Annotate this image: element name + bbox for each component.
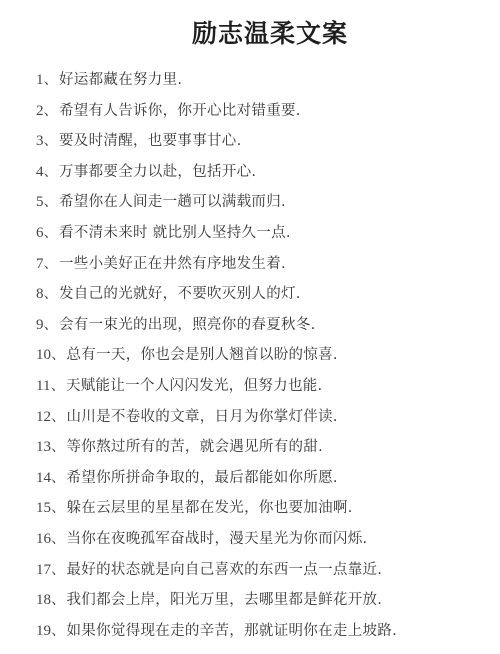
page-title: 励志温柔文案 bbox=[0, 16, 500, 52]
item-text: 等你熬过所有的苦，就会遇见所有的甜. bbox=[67, 434, 324, 465]
item-number: 12 bbox=[36, 404, 51, 435]
item-number: 2 bbox=[36, 98, 44, 129]
item-text: 总有一天，你也会是别人翘首以盼的惊喜. bbox=[67, 342, 338, 373]
item-number: 7 bbox=[36, 251, 44, 282]
item-number: 17 bbox=[36, 557, 51, 588]
list-item: 3、要及时清醒，也要事事甘心. bbox=[36, 128, 397, 159]
list-item: 4、万事都要全力以赴，包括开心. bbox=[36, 159, 397, 190]
list-item: 15、躲在云层里的星星都在发光，你也要加油啊. bbox=[36, 495, 397, 526]
item-number: 15 bbox=[36, 495, 51, 526]
item-text: 我们都会上岸，阳光万里，去哪里都是鲜花开放. bbox=[67, 587, 383, 618]
quote-list: 1、好运都藏在努力里.2、希望有人告诉你，你开心比对错重要.3、要及时清醒，也要… bbox=[36, 67, 397, 648]
item-number: 4 bbox=[36, 159, 44, 190]
list-item: 12、山川是不卷收的文章，日月为你掌灯伴读. bbox=[36, 404, 397, 435]
item-text: 一些小美好正在井然有序地发生着. bbox=[59, 251, 286, 282]
item-separator: 、 bbox=[44, 159, 59, 190]
list-item: 17、最好的状态就是向自己喜欢的东西一点一点靠近. bbox=[36, 557, 397, 588]
item-number: 1 bbox=[36, 67, 44, 98]
item-separator: 、 bbox=[44, 128, 59, 159]
list-item: 1、好运都藏在努力里. bbox=[36, 67, 397, 98]
list-item: 13、等你熬过所有的苦，就会遇见所有的甜. bbox=[36, 434, 397, 465]
list-item: 6、看不清未来时 就比别人坚持久一点. bbox=[36, 220, 397, 251]
item-text: 希望你在人间走一趟可以满载而归. bbox=[59, 189, 286, 220]
item-text: 会有一束光的出现，照亮你的春夏秋冬. bbox=[59, 312, 316, 343]
item-text: 希望有人告诉你，你开心比对错重要. bbox=[59, 98, 301, 129]
item-separator: 、 bbox=[51, 342, 66, 373]
list-item: 2、希望有人告诉你，你开心比对错重要. bbox=[36, 98, 397, 129]
list-item: 9、会有一束光的出现，照亮你的春夏秋冬. bbox=[36, 312, 397, 343]
item-text: 山川是不卷收的文章，日月为你掌灯伴读. bbox=[67, 404, 338, 435]
item-number: 11 bbox=[36, 373, 50, 404]
item-number: 18 bbox=[36, 587, 51, 618]
list-item: 10、总有一天，你也会是别人翘首以盼的惊喜. bbox=[36, 342, 397, 373]
list-item: 7、一些小美好正在井然有序地发生着. bbox=[36, 251, 397, 282]
item-separator: 、 bbox=[44, 220, 59, 251]
item-text: 要及时清醒，也要事事甘心. bbox=[59, 128, 242, 159]
item-separator: 、 bbox=[51, 557, 66, 588]
item-text: 好运都藏在努力里. bbox=[59, 67, 182, 98]
item-separator: 、 bbox=[44, 251, 59, 282]
item-separator: 、 bbox=[51, 618, 66, 649]
item-separator: 、 bbox=[51, 495, 66, 526]
item-number: 14 bbox=[36, 465, 51, 496]
item-separator: 、 bbox=[44, 67, 59, 98]
item-number: 5 bbox=[36, 189, 44, 220]
item-separator: 、 bbox=[51, 587, 66, 618]
item-number: 13 bbox=[36, 434, 51, 465]
item-text: 天赋能让一个人闪闪发光，但努力也能. bbox=[66, 373, 323, 404]
list-item: 19、如果你觉得现在走的辛苦，那就证明你在走上坡路. bbox=[36, 618, 397, 649]
item-number: 6 bbox=[36, 220, 44, 251]
list-item: 18、我们都会上岸，阳光万里，去哪里都是鲜花开放. bbox=[36, 587, 397, 618]
item-separator: 、 bbox=[51, 434, 66, 465]
item-separator: 、 bbox=[50, 373, 65, 404]
item-number: 10 bbox=[36, 342, 51, 373]
item-text: 万事都要全力以赴，包括开心. bbox=[59, 159, 256, 190]
item-text: 最好的状态就是向自己喜欢的东西一点一点靠近. bbox=[67, 557, 383, 588]
item-separator: 、 bbox=[51, 465, 66, 496]
item-separator: 、 bbox=[44, 281, 59, 312]
item-separator: 、 bbox=[44, 312, 59, 343]
item-separator: 、 bbox=[44, 98, 59, 129]
item-text: 如果你觉得现在走的辛苦，那就证明你在走上坡路. bbox=[67, 618, 398, 649]
list-item: 14、希望你所拼命争取的，最后都能如你所愿. bbox=[36, 465, 397, 496]
item-text: 希望你所拼命争取的，最后都能如你所愿. bbox=[67, 465, 338, 496]
item-separator: 、 bbox=[44, 189, 59, 220]
item-separator: 、 bbox=[51, 526, 66, 557]
item-number: 3 bbox=[36, 128, 44, 159]
item-text: 当你在夜晚孤军奋战时，漫天星光为你而闪烁. bbox=[67, 526, 368, 557]
list-item: 16、当你在夜晚孤军奋战时，漫天星光为你而闪烁. bbox=[36, 526, 397, 557]
item-number: 9 bbox=[36, 312, 44, 343]
item-number: 16 bbox=[36, 526, 51, 557]
item-number: 8 bbox=[36, 281, 44, 312]
item-text: 看不清未来时 就比别人坚持久一点. bbox=[59, 220, 291, 251]
list-item: 11、天赋能让一个人闪闪发光，但努力也能. bbox=[36, 373, 397, 404]
item-separator: 、 bbox=[51, 404, 66, 435]
item-text: 躲在云层里的星星都在发光，你也要加油啊. bbox=[67, 495, 353, 526]
list-item: 8、发自己的光就好，不要吹灭别人的灯. bbox=[36, 281, 397, 312]
item-number: 19 bbox=[36, 618, 51, 649]
item-text: 发自己的光就好，不要吹灭别人的灯. bbox=[59, 281, 301, 312]
list-item: 5、希望你在人间走一趟可以满载而归. bbox=[36, 189, 397, 220]
